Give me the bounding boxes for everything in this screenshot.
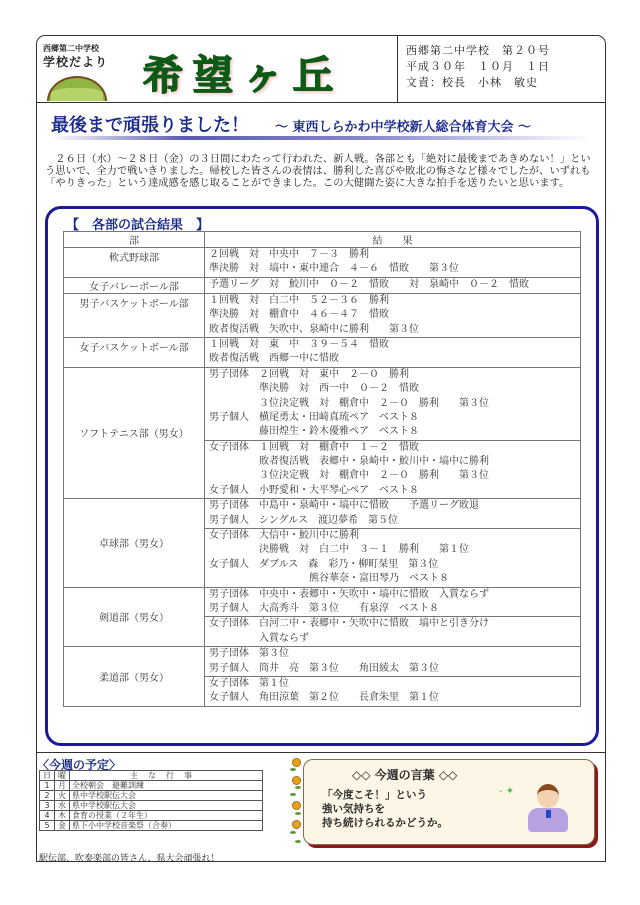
schedule-day: 2 (40, 791, 55, 801)
result-line: 敗者復活戦 表郷中・泉崎中・鮫川中・塙中に勝利 (209, 455, 580, 469)
results-table: 部 結 果 軟式野球部 ２回戦 対 中央中 ７－３ 勝利 準決勝 対 塙中・東中… (63, 231, 581, 707)
person-illustration-icon (524, 780, 574, 838)
result-line: 決勝戦 対 白二中 ３－１ 勝利 第１位 (209, 543, 580, 557)
result-line: 女子個人 角田涼葉 第２位 長倉朱里 第１位 (209, 691, 580, 705)
article-intro: ２６日（水）～２８日（金）の３日間にわたって行われた、新人戦。各部とも「絶対に最… (45, 153, 600, 189)
result-line: 男子個人 シングルス 渡辺夢希 第５位 (209, 514, 580, 528)
result-line: 熊谷華奈・富田琴乃 ベスト８ (209, 572, 580, 586)
quote-line: 持ち続けられるかどうか。 (322, 816, 448, 830)
schedule-event: 県中学校駅伝大会 (70, 791, 263, 801)
schedule-weekday: 木 (55, 811, 70, 821)
schedule-event: 全校朝会 避難訓練 (70, 781, 263, 791)
result-line: 男子個人 筒井 亮 第３位 角田綾太 第３位 (209, 662, 580, 676)
result-line: 準決勝 対 棚倉中 ４６－４７ 惜敗 (209, 308, 580, 322)
quote-line: 「今度こそ！」という (322, 788, 448, 802)
result-line: 男子団体 ２回戦 対 東中 ２－０ 勝利 (209, 368, 580, 382)
weekly-quote-box: ◇◇ 今週の言葉 ◇◇ 「今度こそ！」という 強い気持ちを 持ち続けられるかどう… (303, 759, 595, 845)
dept-name: 柔道部（男女） (64, 647, 205, 707)
schedule-day: 3 (40, 801, 55, 811)
schedule-row: 1 月 全校朝会 避難訓練 (40, 781, 263, 791)
result-line: 男子団体 中央中・表郷中・矢吹中・塙中に惜敗 入賞ならず (209, 588, 580, 602)
schedule-row: 4 木 食育の授業（２年生） (40, 811, 263, 821)
table-row: 女子バレーボール部 予選リーグ 対 鮫川中 ０－２ 惜敗 対 泉崎中 ０－２ 惜… (64, 277, 581, 293)
issue-info: 西郷第二中学校 第２０号 平成３０年 １０月 １日 文責：校長 小林 敏史 (397, 36, 606, 102)
masthead: 西郷第二中学校 学校だより 希望ヶ丘 西郷第二中学校 第２０号 平成３０年 １０… (37, 36, 605, 103)
header-result: 結 果 (205, 232, 581, 248)
result-line: 女子団体 第１位 (209, 677, 580, 691)
dept-name: 軟式野球部 (64, 248, 205, 278)
schedule-table: 日 曜 主な行事 1 月 全校朝会 避難訓練 2 火 県中学校駅伝大会 3 水 … (39, 770, 263, 831)
result-line: ２回戦 対 中央中 ７－３ 勝利 (209, 248, 580, 262)
schedule-day: 1 (40, 781, 55, 791)
result-line: 敗者復活戦 矢吹中、泉崎中に勝利 第３位 (209, 323, 580, 337)
schedule-header-event: 主な行事 (70, 771, 263, 781)
sparkle-icon: ‐ ✦ (499, 786, 514, 797)
quote-text: 「今度こそ！」という 強い気持ちを 持ち続けられるかどうか。 (322, 788, 448, 830)
result-line: 藤田煌生・鈴木優雅ペア ベスト８ (209, 425, 580, 439)
newsletter-page: 西郷第二中学校 学校だより 希望ヶ丘 西郷第二中学校 第２０号 平成３０年 １０… (36, 35, 606, 862)
schedule-event: 食育の授業（２年生） (70, 811, 263, 821)
dept-name: 卓球部（男女） (64, 499, 205, 587)
schedule-event: 県下小中学校音楽祭（合奏） (70, 821, 263, 831)
quote-line: 強い気持ちを (322, 802, 448, 816)
result-line: 入賞ならず (209, 632, 580, 646)
dept-name: 女子バレーボール部 (64, 277, 205, 293)
result-line: 男子団体 第３位 (209, 647, 580, 661)
table-row: 軟式野球部 ２回戦 対 中央中 ７－３ 勝利 準決勝 対 塙中・東中連合 ４－６… (64, 248, 581, 278)
result-line: 女子団体 白河二中・表郷中・矢吹中に惜敗 塙中と引き分け (209, 617, 580, 631)
schedule-row: 5 金 県下小中学校音楽祭（合奏） (40, 821, 263, 831)
header-dept: 部 (64, 232, 205, 248)
result-line: 女子個人 小野愛和・大平琴心ペア ベスト８ (209, 484, 580, 498)
dept-name: 男子バスケットボール部 (64, 293, 205, 337)
result-line: 男子個人 大高秀斗 第３位 有泉淳 ベスト８ (209, 602, 580, 616)
issue-date: 平成３０年 １０月 １日 (398, 59, 606, 75)
schedule-event: 県中学校駅伝大会 (70, 801, 263, 811)
schedule-day: 4 (40, 811, 55, 821)
hill-logo-icon (47, 76, 107, 101)
dept-name: 剣道部（男女） (64, 587, 205, 647)
table-row: 女子バスケットボール部 １回戦 対 東 中 ３９－５４ 惜敗 敗者復活戦 西郷一… (64, 337, 581, 367)
dept-name: 女子バスケットボール部 (64, 337, 205, 367)
schedule-note: 駅伝部、吹奏楽部の皆さん、県大会頑張れ！ (39, 851, 220, 864)
table-row: ソフトテニス部（男女） 男子団体 ２回戦 対 東中 ２－０ 勝利 準決勝 対 西… (64, 367, 581, 440)
headline-underline (51, 136, 591, 140)
schedule-day: 5 (40, 821, 55, 831)
newsletter-label: 学校だより (43, 53, 108, 70)
result-line: ３位決定戦 対 棚倉中 ２－０ 勝利 第３位 (209, 397, 580, 411)
schedule-header-weekday: 曜 (55, 771, 70, 781)
flower-vine-icon (289, 756, 303, 851)
article-subheadline: ～ 東西しらかわ中学校新人総合体育大会 ～ (275, 116, 531, 135)
issue-number: 西郷第二中学校 第２０号 (398, 43, 606, 59)
schedule-weekday: 火 (55, 791, 70, 801)
issue-author: 文責：校長 小林 敏史 (398, 75, 606, 91)
table-row: 柔道部（男女） 男子団体 第３位 男子個人 筒井 亮 第３位 角田綾太 第３位 (64, 647, 581, 677)
schedule-header-day: 日 (40, 771, 55, 781)
result-line: 女子個人 ダブルス 森 彩乃・柳町栞里 第３位 (209, 558, 580, 572)
result-line: 男子団体 中島中・泉崎中・塙中に惜敗 予選リーグ敗退 (209, 499, 580, 513)
section-divider (37, 752, 605, 753)
result-line: １回戦 対 白二中 ５２－３６ 勝利 (209, 294, 580, 308)
schedule-weekday: 水 (55, 801, 70, 811)
table-row: 卓球部（男女） 男子団体 中島中・泉崎中・塙中に惜敗 予選リーグ敗退 男子個人 … (64, 499, 581, 529)
result-line: ３位決定戦 対 棚倉中 ２－０ 勝利 第３位 (209, 469, 580, 483)
dept-name: ソフトテニス部（男女） (64, 367, 205, 499)
schedule-weekday: 金 (55, 821, 70, 831)
schedule-row: 3 水 県中学校駅伝大会 (40, 801, 263, 811)
result-line: 女子団体 大信中・鮫川中に勝利 (209, 529, 580, 543)
result-line: 女子団体 １回戦 対 棚倉中 １－２ 惜敗 (209, 441, 580, 455)
newsletter-title: 希望ヶ丘 (143, 44, 343, 101)
result-line: 予選リーグ 対 鮫川中 ０－２ 惜敗 対 泉崎中 ０－２ 惜敗 (209, 278, 580, 292)
schedule-row: 2 火 県中学校駅伝大会 (40, 791, 263, 801)
result-line: 敗者復活戦 西郷一中に惜敗 (209, 352, 580, 366)
quote-title: ◇◇ 今週の言葉 ◇◇ (352, 766, 457, 783)
results-section: 【 各部の試合結果 】 部 結 果 軟式野球部 ２回戦 対 中央中 ７－３ 勝利… (45, 206, 599, 746)
result-line: １回戦 対 東 中 ３９－５４ 惜敗 (209, 338, 580, 352)
result-line: 準決勝 対 西一中 ０－２ 惜敗 (209, 382, 580, 396)
article-headline: 最後まで頑張りました！ (51, 111, 249, 137)
table-row: 男子バスケットボール部 １回戦 対 白二中 ５２－３６ 勝利 準決勝 対 棚倉中… (64, 293, 581, 337)
table-row: 剣道部（男女） 男子団体 中央中・表郷中・矢吹中・塙中に惜敗 入賞ならず 男子個… (64, 587, 581, 617)
schedule-weekday: 月 (55, 781, 70, 791)
result-line: 男子個人 横尾勇太・田﨑真琉ペア ベスト８ (209, 411, 580, 425)
result-line: 準決勝 対 塙中・東中連合 ４－６ 惜敗 第３位 (209, 262, 580, 276)
